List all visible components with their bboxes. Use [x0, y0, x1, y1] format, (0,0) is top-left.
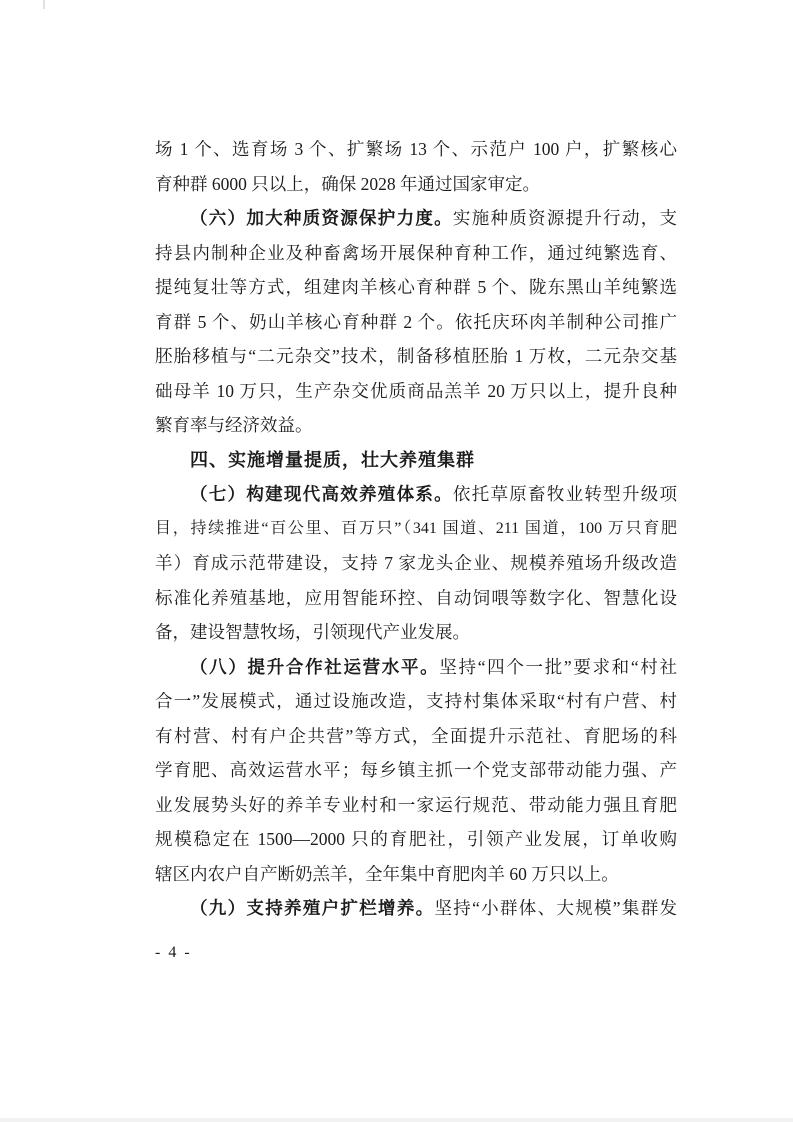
- text-line: 规模稳定在 1500—2000 只的育肥社，引领产业发展，订单收购: [155, 822, 677, 857]
- paragraph-lead: （六）加大种质资源保护力度。: [190, 208, 453, 228]
- text-line: 合一”发展模式，通过设施改造，支持村集体采取“村有户营、村: [155, 684, 677, 719]
- line-text: 业发展势头好的养羊专业村和一家运行规范、带动能力强且育肥: [155, 795, 677, 815]
- heading-text: 四、实施增量提质，壮大养殖集群: [190, 450, 475, 470]
- document-page: 场 1 个、选育场 3 个、扩繁场 13 个、示范户 100 户，扩繁核心 育种…: [0, 0, 793, 1122]
- line-text: 胚胎移植与“二元杂交”技术，制备移植胚胎 1 万枚，二元杂交基: [155, 346, 677, 366]
- text-line: 场 1 个、选育场 3 个、扩繁场 13 个、示范户 100 户，扩繁核心: [155, 132, 677, 167]
- text-line: 标准化养殖基地，应用智能环控、自动饲喂等数字化、智慧化设: [155, 581, 677, 616]
- line-text: 坚持“四个一批”要求和“村社: [439, 657, 677, 677]
- text-line: 育种群 6000 只以上，确保 2028 年通过国家审定。: [155, 167, 677, 202]
- scan-artifact: [43, 0, 45, 9]
- line-text: 础母羊 10 万只，生产杂交优质商品羔羊 20 万只以上，提升良种: [155, 381, 677, 401]
- text-line: 础母羊 10 万只，生产杂交优质商品羔羊 20 万只以上，提升良种: [155, 374, 677, 409]
- paragraph-lead: （七）构建现代高效养殖体系。: [190, 484, 453, 504]
- line-text: 学育肥、高效运营水平；每乡镇主抓一个党支部带动能力强、产: [155, 760, 677, 780]
- line-text: 羊）育成示范带建设，支持 7 家龙头企业、规模养殖场升级改造: [155, 553, 677, 573]
- text-line: （九）支持养殖户扩栏增养。坚持“小群体、大规模”集群发: [155, 891, 677, 926]
- paragraph-lead: （九）支持养殖户扩栏增养。: [190, 898, 434, 918]
- text-line: 目，持续推进“百公里、百万只”（341 国道、211 国道，100 万只育肥: [155, 512, 677, 547]
- line-text: 有村营、村有户企共营”等方式，全面提升示范社、育肥场的科: [155, 726, 677, 746]
- text-line: （七）构建现代高效养殖体系。依托草原畜牧业转型升级项: [155, 477, 677, 512]
- line-text: 辖区内农户自产断奶羔羊，全年集中育肥肉羊 60 万只以上。: [155, 864, 619, 884]
- line-text: 育种群 6000 只以上，确保 2028 年通过国家审定。: [155, 174, 540, 194]
- line-text: 场 1 个、选育场 3 个、扩繁场 13 个、示范户 100 户，扩繁核心: [155, 139, 677, 159]
- line-text: 依托草原畜牧业转型升级项: [453, 484, 677, 504]
- line-text: 标准化养殖基地，应用智能环控、自动饲喂等数字化、智慧化设: [155, 588, 677, 608]
- text-line: 育群 5 个、奶山羊核心育种群 2 个。依托庆环肉羊制种公司推广: [155, 305, 677, 340]
- scan-edge: [0, 1118, 793, 1122]
- document-body: 场 1 个、选育场 3 个、扩繁场 13 个、示范户 100 户，扩繁核心 育种…: [155, 132, 677, 926]
- line-text: 提纯复壮等方式，组建肉羊核心育种群 5 个、陇东黑山羊纯繁选: [155, 277, 677, 297]
- text-line: 繁育率与经济效益。: [155, 408, 677, 443]
- text-line: 羊）育成示范带建设，支持 7 家龙头企业、规模养殖场升级改造: [155, 546, 677, 581]
- line-text: 目，持续推进“百公里、百万只”（341 国道、211 国道，100 万只育肥: [155, 520, 677, 537]
- section-heading: 四、实施增量提质，壮大养殖集群: [155, 443, 677, 478]
- paragraph-lead: （八）提升合作社运营水平。: [190, 657, 439, 677]
- line-text: 规模稳定在 1500—2000 只的育肥社，引领产业发展，订单收购: [155, 829, 677, 849]
- text-line: 业发展势头好的养羊专业村和一家运行规范、带动能力强且育肥: [155, 788, 677, 823]
- text-line: 学育肥、高效运营水平；每乡镇主抓一个党支部带动能力强、产: [155, 753, 677, 788]
- line-text: 繁育率与经济效益。: [155, 415, 313, 435]
- text-line: 有村营、村有户企共营”等方式，全面提升示范社、育肥场的科: [155, 719, 677, 754]
- line-text: 实施种质资源提升行动，支: [453, 208, 677, 228]
- text-line: （八）提升合作社运营水平。坚持“四个一批”要求和“村社: [155, 650, 677, 685]
- line-text: 合一”发展模式，通过设施改造，支持村集体采取“村有户营、村: [155, 691, 677, 711]
- text-line: （六）加大种质资源保护力度。实施种质资源提升行动，支: [155, 201, 677, 236]
- page-number: - 4 -: [155, 944, 192, 962]
- text-line: 胚胎移植与“二元杂交”技术，制备移植胚胎 1 万枚，二元杂交基: [155, 339, 677, 374]
- text-line: 提纯复壮等方式，组建肉羊核心育种群 5 个、陇东黑山羊纯繁选: [155, 270, 677, 305]
- line-text: 持县内制种企业及种畜禽场开展保种育种工作，通过纯繁选育、: [155, 243, 677, 263]
- line-text: 坚持“小群体、大规模”集群发: [434, 898, 677, 918]
- line-text: 育群 5 个、奶山羊核心育种群 2 个。依托庆环肉羊制种公司推广: [155, 312, 677, 332]
- text-line: 持县内制种企业及种畜禽场开展保种育种工作，通过纯繁选育、: [155, 236, 677, 271]
- line-text: 备，建设智慧牧场，引领现代产业发展。: [155, 622, 470, 642]
- text-line: 备，建设智慧牧场，引领现代产业发展。: [155, 615, 677, 650]
- text-line: 辖区内农户自产断奶羔羊，全年集中育肥肉羊 60 万只以上。: [155, 857, 677, 892]
